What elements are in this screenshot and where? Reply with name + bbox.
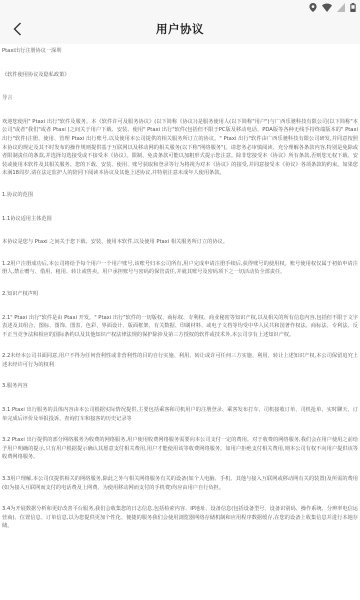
paragraph-2-1: 2.1" Ptaxi 出行"软件是由 Ptaxi 开发。" Ptaxi 出行"软…	[2, 314, 358, 340]
doc-subtitle: 《软件使用协议及隐私政策》	[2, 71, 358, 80]
paragraph-1-1: 本协议是您与 Ptaxi 之间关于您下载、安装、使用本软件,以及使用 Ptaxi…	[2, 238, 358, 247]
paragraph-intro: 欢迎您使用" Ptaxi 出行"软件及服务。本《软件许可及服务协议》(以下简称《…	[2, 118, 358, 178]
section-heading-1-1: 1.1协议适用主体范围	[2, 215, 358, 224]
status-bar	[0, 0, 360, 14]
paragraph-3-1: 3.1 Ptaxi 出行服务的具体内容由本公司根据实际情况提供,主要包括乘客和司…	[2, 406, 358, 423]
location-icon	[309, 3, 317, 12]
paragraph-3-2: 3.2 Ptaxi 出行提供的部分网络服务为收费的网络服务,用户使用收费网络服务…	[2, 436, 358, 462]
section-heading-2: 2.知识产权声明	[2, 290, 358, 299]
paragraph-3-4: 3.4为开展数据分析和更好改善平台服务,我们会收集您的日志信息,包括检索内容、I…	[2, 505, 358, 531]
chevron-left-icon	[13, 22, 22, 36]
section-heading-1: 1.协议的范围	[2, 191, 358, 200]
doc-heading: Ptaxi出行注册协议一深圳	[2, 47, 358, 56]
paragraph-2-2: 2.2未经本公司书面同意,用户不得为任何营利性或非营利性的目的自行实施、利用、转…	[2, 352, 358, 369]
paragraph-3-3: 3.3用户理解,本公司仅提供相关的网络服务,除此之外与相关网络服务有关的设备(如…	[2, 475, 358, 492]
signal-icon	[337, 3, 345, 12]
section-heading-3: 3.服务内容	[2, 382, 358, 391]
back-button[interactable]	[4, 14, 30, 44]
wifi-icon	[322, 3, 332, 12]
page-title: 用户协议	[156, 21, 204, 37]
app-bar: 用户协议	[0, 14, 360, 44]
section-heading-intro: 导言	[2, 94, 358, 103]
paragraph-1-2: 1.2用户注册成功后,本公司将给予每个用户一个用户账号,该账号归本公司所有,用户…	[2, 260, 358, 277]
agreement-content[interactable]: Ptaxi出行注册协议一深圳 《软件使用协议及隐私政策》 导言 欢迎您使用" P…	[0, 44, 360, 531]
battery-icon	[350, 3, 356, 12]
